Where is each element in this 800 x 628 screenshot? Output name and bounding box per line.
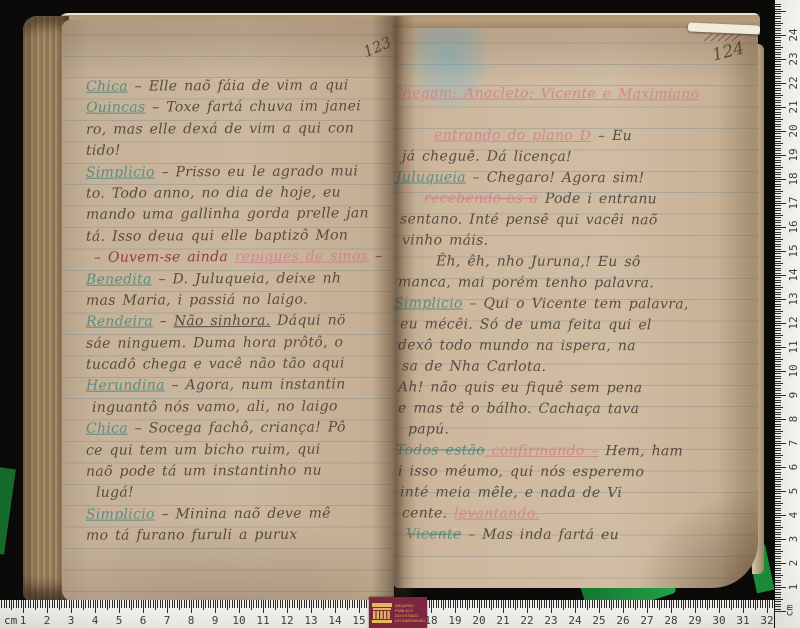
ruler-tick bbox=[775, 580, 781, 581]
ruler-tick bbox=[205, 600, 206, 608]
ruler-tick bbox=[775, 364, 781, 365]
ruler-tick bbox=[775, 309, 781, 310]
manuscript-segment: tido! bbox=[86, 143, 121, 159]
ruler-tick bbox=[625, 600, 626, 608]
manuscript-line: e mas tê o bálho. Cachaça tava bbox=[398, 398, 758, 420]
ruler-tick bbox=[775, 489, 781, 490]
ruler-tick bbox=[775, 179, 786, 180]
ruler-tick bbox=[145, 600, 146, 608]
ruler-tick bbox=[455, 600, 456, 613]
ruler-tick bbox=[712, 600, 713, 608]
ruler-tick bbox=[775, 354, 781, 355]
ruler-tick bbox=[251, 600, 252, 610]
ruler-tick bbox=[702, 600, 703, 608]
ruler-tick bbox=[775, 491, 786, 492]
ruler-tick bbox=[141, 600, 142, 608]
ruler-number: 5 bbox=[116, 614, 123, 627]
ruler-tick bbox=[585, 600, 586, 608]
ruler-tick bbox=[105, 600, 106, 608]
ruler-tick bbox=[513, 600, 514, 608]
manuscript-segment: Ah! não quis eu fiquê sem pena bbox=[398, 379, 643, 396]
ruler-tick bbox=[775, 222, 781, 223]
ruler-tick bbox=[767, 600, 768, 613]
ruler-tick bbox=[352, 600, 353, 608]
ruler-tick bbox=[775, 119, 783, 120]
ruler-tick bbox=[52, 600, 53, 608]
ruler-tick bbox=[109, 600, 110, 608]
ruler-tick bbox=[775, 273, 781, 274]
ruler-number: 32 bbox=[760, 614, 773, 627]
ruler-tick bbox=[775, 378, 781, 379]
ruler-tick bbox=[654, 600, 655, 608]
ruler-tick bbox=[775, 474, 781, 475]
ruler-tick bbox=[775, 431, 783, 432]
ruler-tick bbox=[198, 600, 199, 608]
manuscript-line: vinho máis. bbox=[402, 230, 758, 252]
ruler-number: 11 bbox=[256, 614, 269, 627]
manuscript-line bbox=[406, 104, 758, 126]
manuscript-line: lugá! bbox=[96, 484, 394, 507]
ruler-tick bbox=[594, 600, 595, 608]
manuscript-line: cente. levantando. bbox=[402, 503, 758, 525]
ruler-tick bbox=[775, 160, 781, 161]
ruler-tick bbox=[21, 600, 22, 608]
ruler-tick bbox=[330, 600, 331, 608]
ruler-tick bbox=[775, 126, 781, 127]
ruler-tick bbox=[601, 600, 602, 608]
ruler-tick bbox=[775, 54, 781, 55]
ruler-tick bbox=[775, 469, 781, 470]
ruler-tick bbox=[258, 600, 259, 608]
ruler-tick bbox=[707, 600, 708, 610]
ruler-tick bbox=[755, 600, 756, 610]
ruler-tick bbox=[443, 600, 444, 610]
ruler-tick bbox=[775, 546, 781, 547]
ruler-tick bbox=[775, 575, 783, 576]
ruler-tick bbox=[49, 600, 50, 608]
ruler-tick bbox=[775, 601, 781, 602]
manuscript-segment: – Agora, num instantin bbox=[165, 377, 346, 394]
archive-logo-line: DO MARANHÃO bbox=[395, 618, 425, 623]
ruler-tick bbox=[775, 462, 781, 463]
manuscript-segment: cente. bbox=[402, 505, 454, 521]
manuscript-segment: Pode i entranu bbox=[538, 191, 657, 207]
ruler-tick bbox=[33, 600, 34, 608]
manuscript-line: mas Maria, i passiá no laigo. bbox=[86, 291, 394, 314]
ruler-tick bbox=[25, 600, 26, 608]
ruler-tick bbox=[775, 11, 786, 12]
ruler-tick bbox=[167, 600, 168, 613]
ruler-tick bbox=[628, 600, 629, 608]
ruler-tick bbox=[775, 313, 781, 314]
ruler-tick bbox=[1, 600, 2, 608]
ruler-tick bbox=[775, 426, 781, 427]
manuscript-segment: ro, mas elle dexá de vim a qui con bbox=[86, 120, 354, 137]
ruler-number: 22 bbox=[787, 74, 799, 92]
manuscript-line: sentano. Inté pensê qui vacêi naõ bbox=[400, 209, 758, 231]
ruler-tick bbox=[775, 409, 781, 410]
page-right: Chegam: Anacleto; Vicente e Maximianoent… bbox=[394, 28, 758, 588]
ruler-tick bbox=[775, 241, 781, 242]
ruler-tick bbox=[441, 600, 442, 608]
ruler-tick bbox=[775, 244, 781, 245]
ruler-tick bbox=[88, 600, 89, 608]
ruler-number: 2 bbox=[787, 554, 799, 572]
manuscript-segment: sentano. Inté pensê qui vacêi naõ bbox=[400, 211, 658, 228]
manuscript-line: Vicente – Mas inda fartá eu bbox=[406, 524, 758, 546]
ruler-tick bbox=[775, 318, 781, 319]
ruler-tick bbox=[775, 570, 781, 571]
ruler-tick bbox=[16, 600, 17, 608]
ruler-number: 3 bbox=[787, 530, 799, 548]
ruler-number: 29 bbox=[688, 614, 701, 627]
ruler-tick bbox=[775, 448, 781, 449]
manuscript-segment: entrando do plano D bbox=[434, 127, 591, 144]
ruler-tick bbox=[160, 600, 161, 608]
ruler-tick bbox=[775, 328, 781, 329]
ruler-tick bbox=[433, 600, 434, 608]
manuscript-segment: e mas tê o bálho. Cachaça tava bbox=[398, 400, 639, 417]
ruler-tick bbox=[775, 186, 781, 187]
ruler-tick bbox=[97, 600, 98, 608]
ruler-tick bbox=[635, 600, 636, 610]
ruler-tick bbox=[775, 472, 781, 473]
manuscript-line: entrando do plano D – Eu bbox=[434, 125, 758, 147]
ruler-tick bbox=[775, 597, 781, 598]
ruler-tick bbox=[705, 600, 706, 608]
ruler-tick bbox=[71, 600, 72, 613]
manuscript-line: sáe ninguem. Duma hora prôtô, o bbox=[86, 334, 394, 357]
ruler-tick bbox=[775, 371, 786, 372]
manuscript-segment: Chica bbox=[86, 79, 128, 95]
ruler-tick bbox=[287, 600, 288, 613]
ruler-tick bbox=[177, 600, 178, 608]
ruler-tick bbox=[575, 600, 576, 613]
ruler-tick bbox=[285, 600, 286, 608]
ruler-tick bbox=[690, 600, 691, 608]
photo-backdrop: Chica – Elle naõ fáia de vim a quiQuinca… bbox=[0, 0, 800, 628]
ruler-tick bbox=[775, 438, 781, 439]
ruler-tick bbox=[340, 600, 341, 608]
ruler-tick bbox=[6, 600, 7, 608]
ruler-bottom-unit: cm bbox=[4, 614, 17, 627]
ruler-tick bbox=[775, 83, 786, 84]
ruler-tick bbox=[775, 205, 781, 206]
ruler-tick bbox=[765, 600, 766, 608]
ruler-tick bbox=[299, 600, 300, 610]
ruler-tick bbox=[775, 177, 781, 178]
ruler-tick bbox=[775, 282, 781, 283]
ruler-tick bbox=[354, 600, 355, 608]
ruler-tick bbox=[775, 93, 781, 94]
ruler-tick bbox=[775, 479, 783, 480]
ruler-number: 24 bbox=[568, 614, 581, 627]
ruler-tick bbox=[775, 539, 786, 540]
manuscript-segment: tucadô chega e vacê não tão aqui bbox=[86, 356, 345, 373]
ruler-tick bbox=[592, 600, 593, 608]
ruler-tick bbox=[775, 577, 781, 578]
ruler-tick bbox=[112, 600, 113, 608]
manuscript-line: sa de Nha Carlota. bbox=[402, 356, 758, 378]
manuscript-line: to. Todo anno, no dia de hoje, eu bbox=[86, 184, 394, 207]
ruler-tick bbox=[775, 486, 781, 487]
ruler-tick bbox=[445, 600, 446, 608]
ruler-tick bbox=[429, 600, 430, 608]
ruler-tick bbox=[349, 600, 350, 608]
ruler-tick bbox=[227, 600, 228, 610]
ruler-tick bbox=[35, 600, 36, 610]
ruler-tick bbox=[775, 299, 786, 300]
ruler-tick bbox=[775, 407, 783, 408]
ruler-tick bbox=[328, 600, 329, 608]
ruler-tick bbox=[775, 342, 781, 343]
ruler-tick bbox=[45, 600, 46, 608]
ruler-tick bbox=[775, 81, 781, 82]
manuscript-segment: Hem, ham bbox=[599, 443, 684, 459]
ruler-tick bbox=[467, 600, 468, 610]
ruler-tick bbox=[438, 600, 439, 608]
ruler-tick bbox=[775, 256, 781, 257]
manuscript-line: inté meia mêle, e nada de Vi bbox=[400, 482, 758, 504]
ruler-tick bbox=[37, 600, 38, 608]
scribble-mark bbox=[702, 32, 742, 44]
ruler-tick bbox=[775, 174, 781, 175]
ruler-number: 6 bbox=[140, 614, 147, 627]
ruler-tick bbox=[775, 414, 781, 415]
ruler-tick bbox=[189, 600, 190, 608]
ruler-tick bbox=[775, 102, 781, 103]
ruler-tick bbox=[666, 600, 667, 608]
ruler-tick bbox=[234, 600, 235, 608]
ruler-tick bbox=[748, 600, 749, 608]
manuscript-segment: Simplicio bbox=[86, 506, 155, 522]
ruler-tick bbox=[213, 600, 214, 608]
ruler-tick bbox=[775, 64, 781, 65]
ruler-tick bbox=[301, 600, 302, 608]
ruler-tick bbox=[275, 600, 276, 610]
ruler-tick bbox=[775, 52, 781, 53]
manuscript-line: Chegam: Anacleto; Vicente e Maximiano bbox=[394, 83, 758, 105]
ruler-tick bbox=[775, 357, 781, 358]
ruler-tick bbox=[775, 400, 781, 401]
ruler-number: 15 bbox=[352, 614, 365, 627]
ruler-tick bbox=[700, 600, 701, 608]
ruler-tick bbox=[775, 251, 786, 252]
ruler-tick bbox=[775, 265, 781, 266]
ruler-tick bbox=[775, 527, 783, 528]
ruler-tick bbox=[775, 61, 781, 62]
ruler-tick bbox=[294, 600, 295, 608]
ruler-tick bbox=[181, 600, 182, 608]
ruler-tick bbox=[719, 600, 720, 613]
manuscript-segment: Vicente bbox=[406, 526, 462, 542]
ruler-tick bbox=[775, 66, 781, 67]
ruler-tick bbox=[775, 37, 781, 38]
ruler-tick bbox=[649, 600, 650, 608]
ruler-tick bbox=[69, 600, 70, 608]
ruler-tick bbox=[172, 600, 173, 608]
ruler-tick bbox=[775, 277, 781, 278]
manuscript-line: dexô todo mundo na ispera, na bbox=[398, 335, 758, 357]
manuscript-segment: Simplicio bbox=[394, 295, 463, 311]
ruler-tick bbox=[522, 600, 523, 608]
ruler-tick bbox=[775, 321, 781, 322]
ruler-tick bbox=[186, 600, 187, 608]
ruler-right: 123456789101112131415161718192021222324 … bbox=[775, 0, 800, 628]
ruler-tick bbox=[775, 513, 781, 514]
manuscript-segment: i isso méumo, qui nós esperemo bbox=[398, 463, 644, 480]
ruler-tick bbox=[775, 436, 781, 437]
ruler-tick bbox=[604, 600, 605, 608]
ruler-tick bbox=[539, 600, 540, 610]
ruler-tick bbox=[775, 316, 781, 317]
ruler-tick bbox=[297, 600, 298, 608]
manuscript-text-right: Chegam: Anacleto; Vicente e Maximianoent… bbox=[394, 28, 758, 546]
ruler-tick bbox=[775, 28, 781, 29]
ruler-tick bbox=[359, 600, 360, 613]
ruler-tick bbox=[40, 600, 41, 608]
ruler-tick bbox=[541, 600, 542, 608]
ruler-tick bbox=[517, 600, 518, 608]
ruler-tick bbox=[775, 385, 781, 386]
ruler-tick bbox=[775, 109, 781, 110]
manuscript-segment: naõ pode tá um instantinho nu bbox=[86, 463, 322, 480]
ruler-tick bbox=[775, 525, 781, 526]
ruler-tick bbox=[760, 600, 761, 608]
ruler-tick bbox=[775, 167, 783, 168]
manuscript-segment: – Qui o Vicente tem palavra, bbox=[463, 296, 689, 313]
ruler-tick bbox=[775, 47, 783, 48]
ruler-tick bbox=[313, 600, 314, 608]
ruler-tick bbox=[775, 42, 781, 43]
ruler-tick bbox=[544, 600, 545, 608]
ruler-tick bbox=[537, 600, 538, 608]
ruler-tick bbox=[775, 121, 781, 122]
ruler-number: 31 bbox=[736, 614, 749, 627]
ruler-number: 14 bbox=[328, 614, 341, 627]
ruler-tick bbox=[508, 600, 509, 608]
ruler-tick bbox=[750, 600, 751, 608]
ruler-tick bbox=[669, 600, 670, 608]
manuscript-segment: mas Maria, i passiá no laigo. bbox=[86, 292, 308, 309]
ruler-tick bbox=[203, 600, 204, 610]
manuscript-segment: – Eu bbox=[591, 128, 632, 144]
ruler-tick bbox=[217, 600, 218, 608]
ruler-right-unit: cm bbox=[785, 604, 796, 616]
ruler-tick bbox=[657, 600, 658, 608]
ruler-tick bbox=[709, 600, 710, 608]
ruler-tick bbox=[775, 551, 783, 552]
ruler-number: 30 bbox=[712, 614, 725, 627]
ruler-tick bbox=[775, 311, 783, 312]
ruler-tick bbox=[775, 529, 781, 530]
archive-logo: ARQUIVO PÚBLICO DO ESTADO DO MARANHÃO bbox=[369, 597, 427, 628]
ruler-tick bbox=[775, 395, 786, 396]
ruler-tick bbox=[775, 337, 781, 338]
ruler-tick bbox=[775, 35, 786, 36]
ruler-tick bbox=[119, 600, 120, 613]
ruler-tick bbox=[93, 600, 94, 608]
manuscript-segment: confirmando – bbox=[485, 443, 599, 459]
ruler-tick bbox=[23, 600, 24, 613]
ruler-number: 20 bbox=[472, 614, 485, 627]
ruler-tick bbox=[515, 600, 516, 610]
ruler-tick bbox=[697, 600, 698, 608]
ruler-tick bbox=[775, 220, 781, 221]
ruler-tick bbox=[721, 600, 722, 608]
ruler-tick bbox=[148, 600, 149, 608]
manuscript-segment: tá. Isso deua qui elle baptizô Mon bbox=[86, 227, 348, 244]
ruler-tick bbox=[316, 600, 317, 608]
ruler-tick bbox=[323, 600, 324, 610]
ruler-number: 13 bbox=[304, 614, 317, 627]
ruler-tick bbox=[282, 600, 283, 608]
manuscript-segment: Dáqui nö bbox=[270, 313, 345, 329]
ruler-tick bbox=[775, 40, 781, 41]
ruler-tick bbox=[263, 600, 264, 613]
ruler-tick bbox=[775, 162, 781, 163]
ruler-number: 24 bbox=[787, 26, 799, 44]
manuscript-line: i isso méumo, qui nós esperemo bbox=[398, 461, 758, 483]
manuscript-segment: sáe ninguem. Duma hora prôtô, o bbox=[86, 334, 343, 351]
ruler-tick bbox=[623, 600, 624, 613]
manuscript-segment: – Toxe fartá chuva im janei bbox=[145, 99, 361, 116]
ruler-tick bbox=[775, 369, 781, 370]
manuscript-segment: – bbox=[153, 314, 174, 330]
ruler-tick bbox=[469, 600, 470, 608]
ruler-tick bbox=[775, 381, 781, 382]
ruler-tick bbox=[630, 600, 631, 608]
ruler-tick bbox=[775, 599, 783, 600]
ruler-tick bbox=[775, 505, 781, 506]
ruler-tick bbox=[775, 345, 781, 346]
ruler-tick bbox=[184, 600, 185, 608]
ruler-tick bbox=[472, 600, 473, 608]
ruler-number: 13 bbox=[787, 290, 799, 308]
ruler-number: 1 bbox=[20, 614, 27, 627]
manuscript-line: Simplicio – Minina naõ deve mê bbox=[86, 505, 394, 528]
ruler-tick bbox=[775, 366, 781, 367]
ruler-number: 9 bbox=[212, 614, 219, 627]
ruler-tick bbox=[775, 133, 781, 134]
ruler-tick bbox=[342, 600, 343, 608]
ruler-tick bbox=[162, 600, 163, 608]
ruler-tick bbox=[534, 600, 535, 608]
ruler-tick bbox=[775, 359, 783, 360]
ruler-tick bbox=[609, 600, 610, 608]
ruler-tick bbox=[775, 522, 781, 523]
ruler-tick bbox=[775, 165, 781, 166]
ruler-tick bbox=[277, 600, 278, 608]
ruler-tick bbox=[775, 532, 781, 533]
ruler-tick bbox=[775, 114, 781, 115]
ruler-tick bbox=[364, 600, 365, 608]
manuscript-segment: levantando. bbox=[454, 506, 540, 522]
ruler-tick bbox=[775, 481, 781, 482]
ruler-tick bbox=[775, 217, 781, 218]
ruler-tick bbox=[549, 600, 550, 608]
ruler-tick bbox=[191, 600, 192, 613]
manuscript-segment: lugá! bbox=[96, 485, 134, 501]
ruler-tick bbox=[304, 600, 305, 608]
ruler-tick bbox=[561, 600, 562, 608]
ruler-tick bbox=[775, 23, 783, 24]
manuscript-line: Chica – Elle naõ fáia de vim a qui bbox=[86, 77, 394, 100]
ruler-number: 3 bbox=[68, 614, 75, 627]
ruler-tick bbox=[775, 184, 781, 185]
ruler-tick bbox=[775, 117, 781, 118]
ruler-tick bbox=[431, 600, 432, 613]
